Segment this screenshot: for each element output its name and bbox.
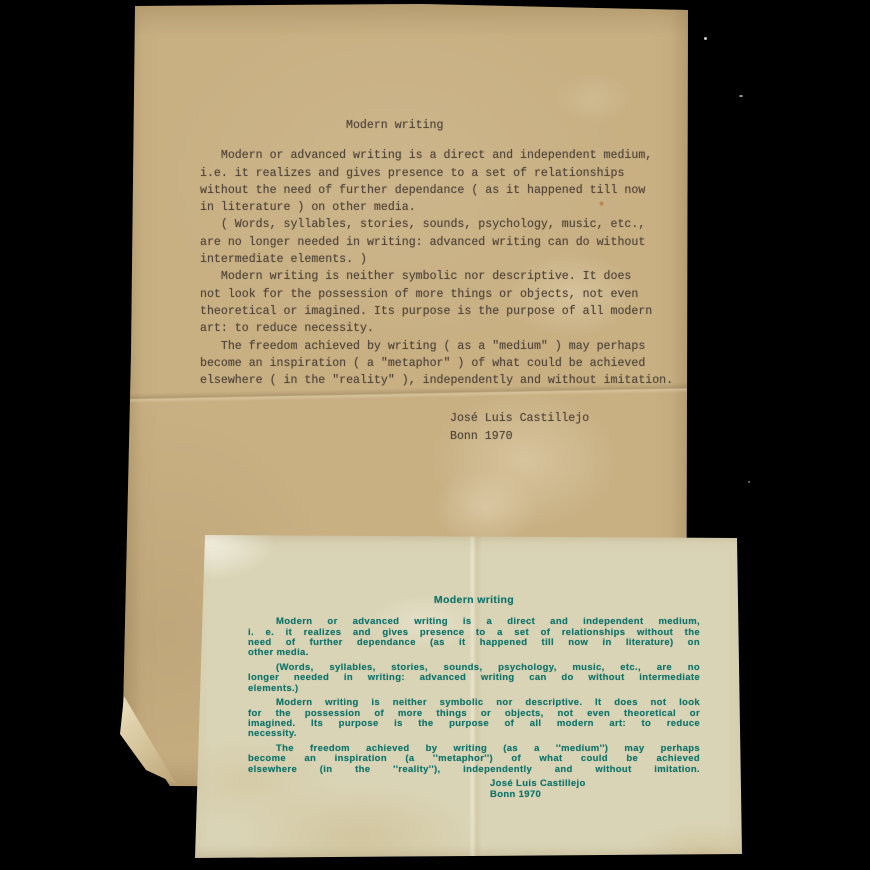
- photo-background: Modern writing Modern or advanced writin…: [0, 0, 870, 870]
- printed-card: Modern writing Modern or advanced writin…: [193, 535, 743, 859]
- sheet-signature: José Luis CastillejoBonn 1970: [450, 410, 682, 445]
- dust-speck: [704, 37, 707, 40]
- dust-speck: [739, 95, 743, 97]
- card-title: Modern writing: [248, 595, 700, 605]
- card-paragraphs: Modern or advanced writing is a direct a…: [248, 617, 700, 775]
- sheet-title: Modern writing: [200, 117, 682, 134]
- dust-speck: [748, 481, 750, 483]
- card-signature: José Luis CastillejoBonn 1970: [490, 779, 700, 800]
- sheet-body-text: Modern or advanced writing is a direct a…: [200, 147, 682, 389]
- sheet-text-block: Modern writing Modern or advanced writin…: [200, 117, 682, 445]
- card-text-block: Modern writing Modern or advanced writin…: [248, 595, 700, 800]
